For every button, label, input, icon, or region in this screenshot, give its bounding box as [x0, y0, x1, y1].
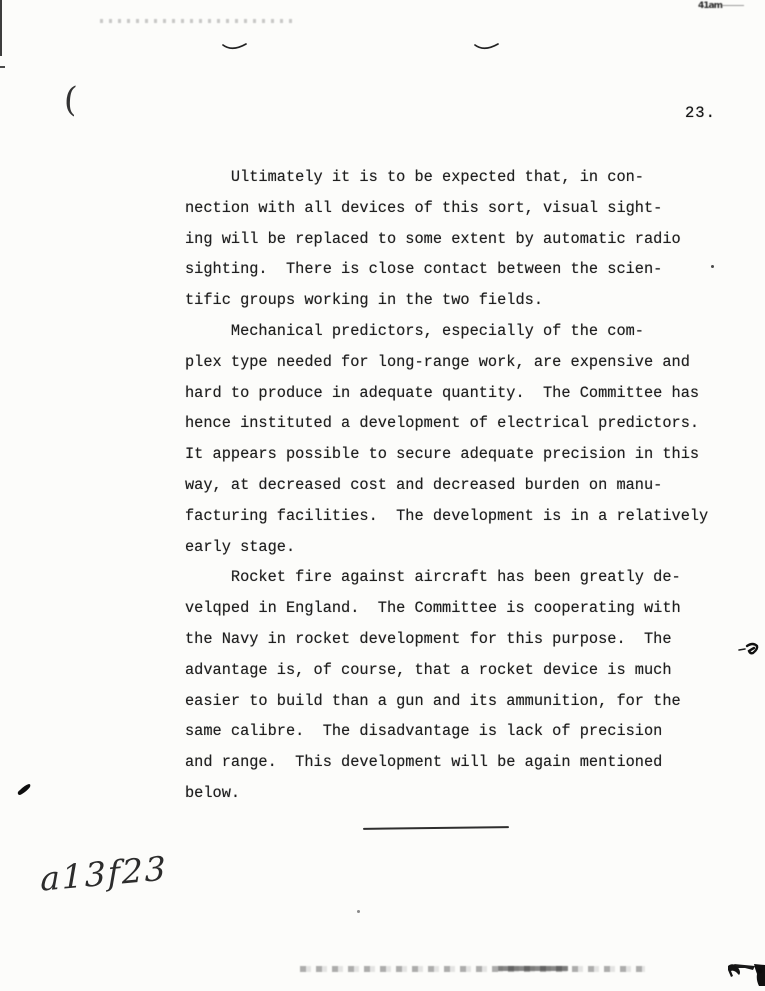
scan-smudge-bottom [300, 966, 645, 972]
document-body: Ultimately it is to be expected that, in… [185, 162, 730, 809]
page-number: 23. [685, 104, 716, 122]
ink-blot [16, 781, 34, 802]
paragraph-rocket-fire: Rocket fire against aircraft has been gr… [185, 562, 730, 808]
smudge-text: 41am [698, 1, 722, 11]
pen-parenthesis-mark: ( [63, 80, 78, 121]
pen-dash-mark [474, 39, 500, 57]
scan-smudge-bottom-dark [498, 966, 568, 971]
pen-squiggle-mark [738, 640, 760, 663]
smudge-tail [722, 5, 744, 6]
paragraph-predictors: Mechanical predictors, especially of the… [185, 316, 730, 562]
scanned-document-page: 41am ( 23. Ultimately it is to be expect… [0, 0, 765, 991]
paragraph-visual-sighting: Ultimately it is to be expected that, in… [185, 162, 730, 316]
handwritten-annotation: a13f23 [40, 848, 168, 898]
scan-edge-line [0, 0, 2, 56]
scan-speck [357, 910, 360, 913]
scan-smudge-top-right: 41am [698, 1, 760, 11]
scan-corner-blob [725, 954, 765, 991]
section-divider-line [363, 826, 509, 830]
scan-speck [711, 265, 714, 268]
pen-dash-mark [222, 39, 248, 57]
scan-edge-tick [0, 66, 5, 68]
scan-smudge-top-left [100, 19, 292, 23]
